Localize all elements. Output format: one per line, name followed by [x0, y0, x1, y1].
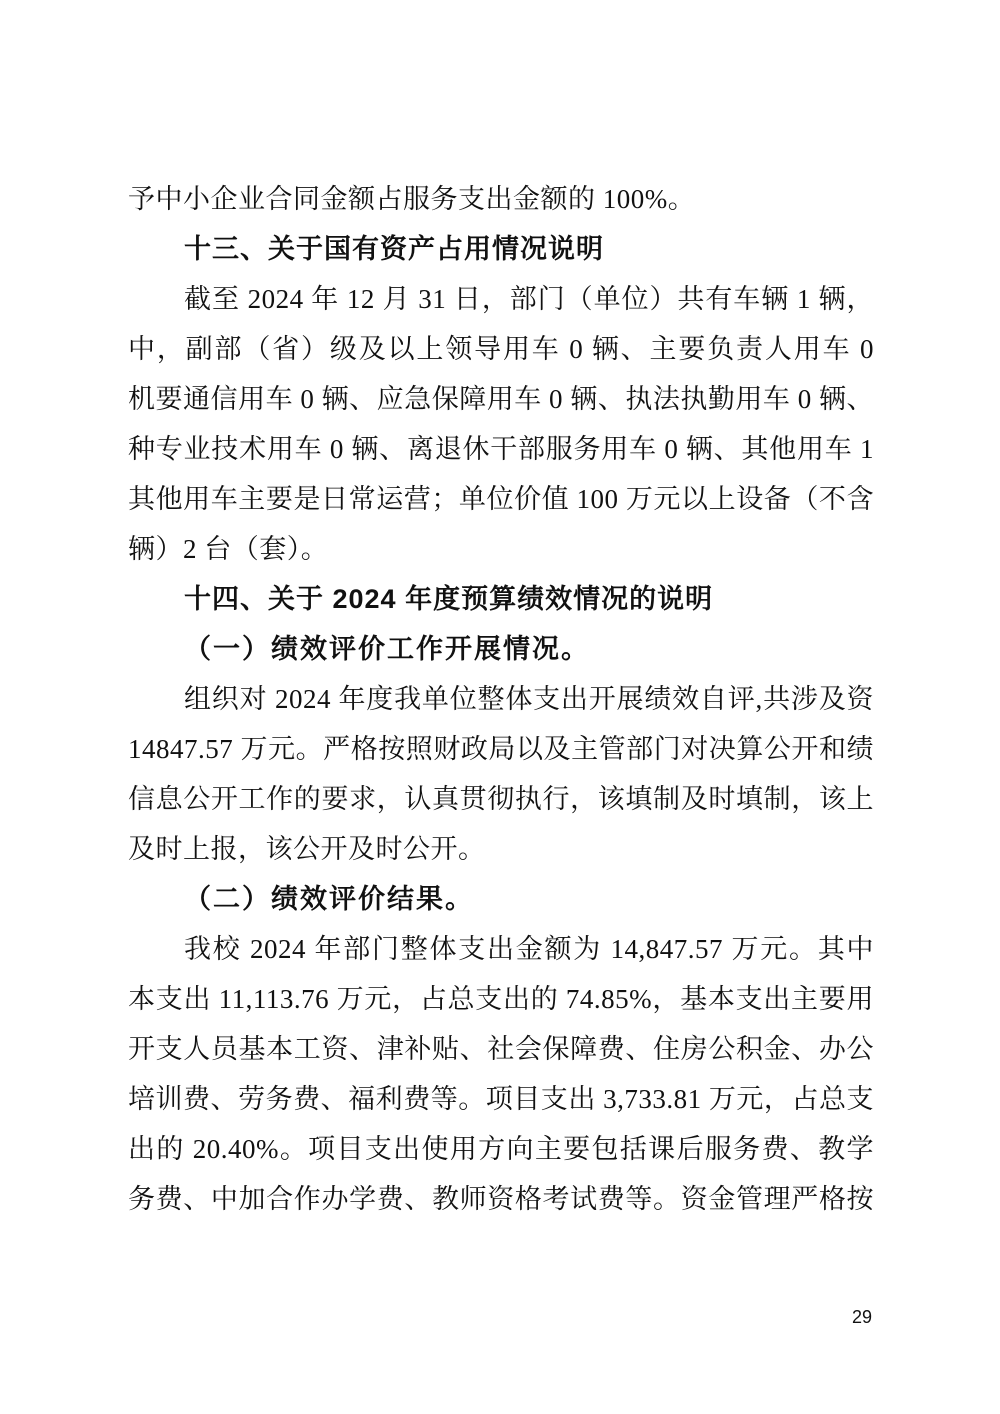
text-line: 十四、关于 2024 年度预算绩效情况的说明	[128, 574, 874, 624]
text-line: 截至 2024 年 12 月 31 日，部门（单位）共有车辆 1 辆，其	[128, 274, 874, 324]
text-line: 开支人员基本工资、津补贴、社会保障费、住房公积金、办公费、	[128, 1024, 874, 1074]
text-line: 组织对 2024 年度我单位整体支出开展绩效自评,共涉及资金	[128, 674, 874, 724]
text-line: 辆）2 台（套）。	[128, 524, 874, 574]
text-line: 本支出 11,113.76 万元，占总支出的 74.85%，基本支出主要用于	[128, 974, 874, 1024]
text-line: 信息公开工作的要求，认真贯彻执行，该填制及时填制，该上报	[128, 774, 874, 824]
text-line: 培训费、劳务费、福利费等。项目支出 3,733.81 万元，占总支	[128, 1074, 874, 1124]
document-page: 予中小企业合同金额占服务支出金额的 100%。十三、关于国有资产占用情况说明截至…	[0, 0, 1000, 1414]
text-line: 出的 20.40%。项目支出使用方向主要包括课后服务费、教学业	[128, 1124, 874, 1174]
text-line: 中，副部（省）级及以上领导用车 0 辆、主要负责人用车 0 辆、	[128, 324, 874, 374]
text-line: 十三、关于国有资产占用情况说明	[128, 224, 874, 274]
text-line: 及时上报，该公开及时公开。	[128, 824, 874, 874]
document-body: 予中小企业合同金额占服务支出金额的 100%。十三、关于国有资产占用情况说明截至…	[128, 174, 874, 1224]
text-line: 其他用车主要是日常运营；单位价值 100 万元以上设备（不含车	[128, 474, 874, 524]
text-line: （二）绩效评价结果。	[128, 874, 874, 924]
text-line: 种专业技术用车 0 辆、离退休干部服务用车 0 辆、其他用车 1 辆，	[128, 424, 874, 474]
text-line: 机要通信用车 0 辆、应急保障用车 0 辆、执法执勤用车 0 辆、特	[128, 374, 874, 424]
page-number: 29	[852, 1306, 872, 1328]
text-line: 予中小企业合同金额占服务支出金额的 100%。	[128, 174, 874, 224]
text-line: 14847.57 万元。严格按照财政局以及主管部门对决算公开和绩效	[128, 724, 874, 774]
text-line: （一）绩效评价工作开展情况。	[128, 624, 874, 674]
text-line: 务费、中加合作办学费、教师资格考试费等。资金管理严格按照	[128, 1174, 874, 1224]
text-line: 我校 2024 年部门整体支出金额为 14,847.57 万元。其中基	[128, 924, 874, 974]
